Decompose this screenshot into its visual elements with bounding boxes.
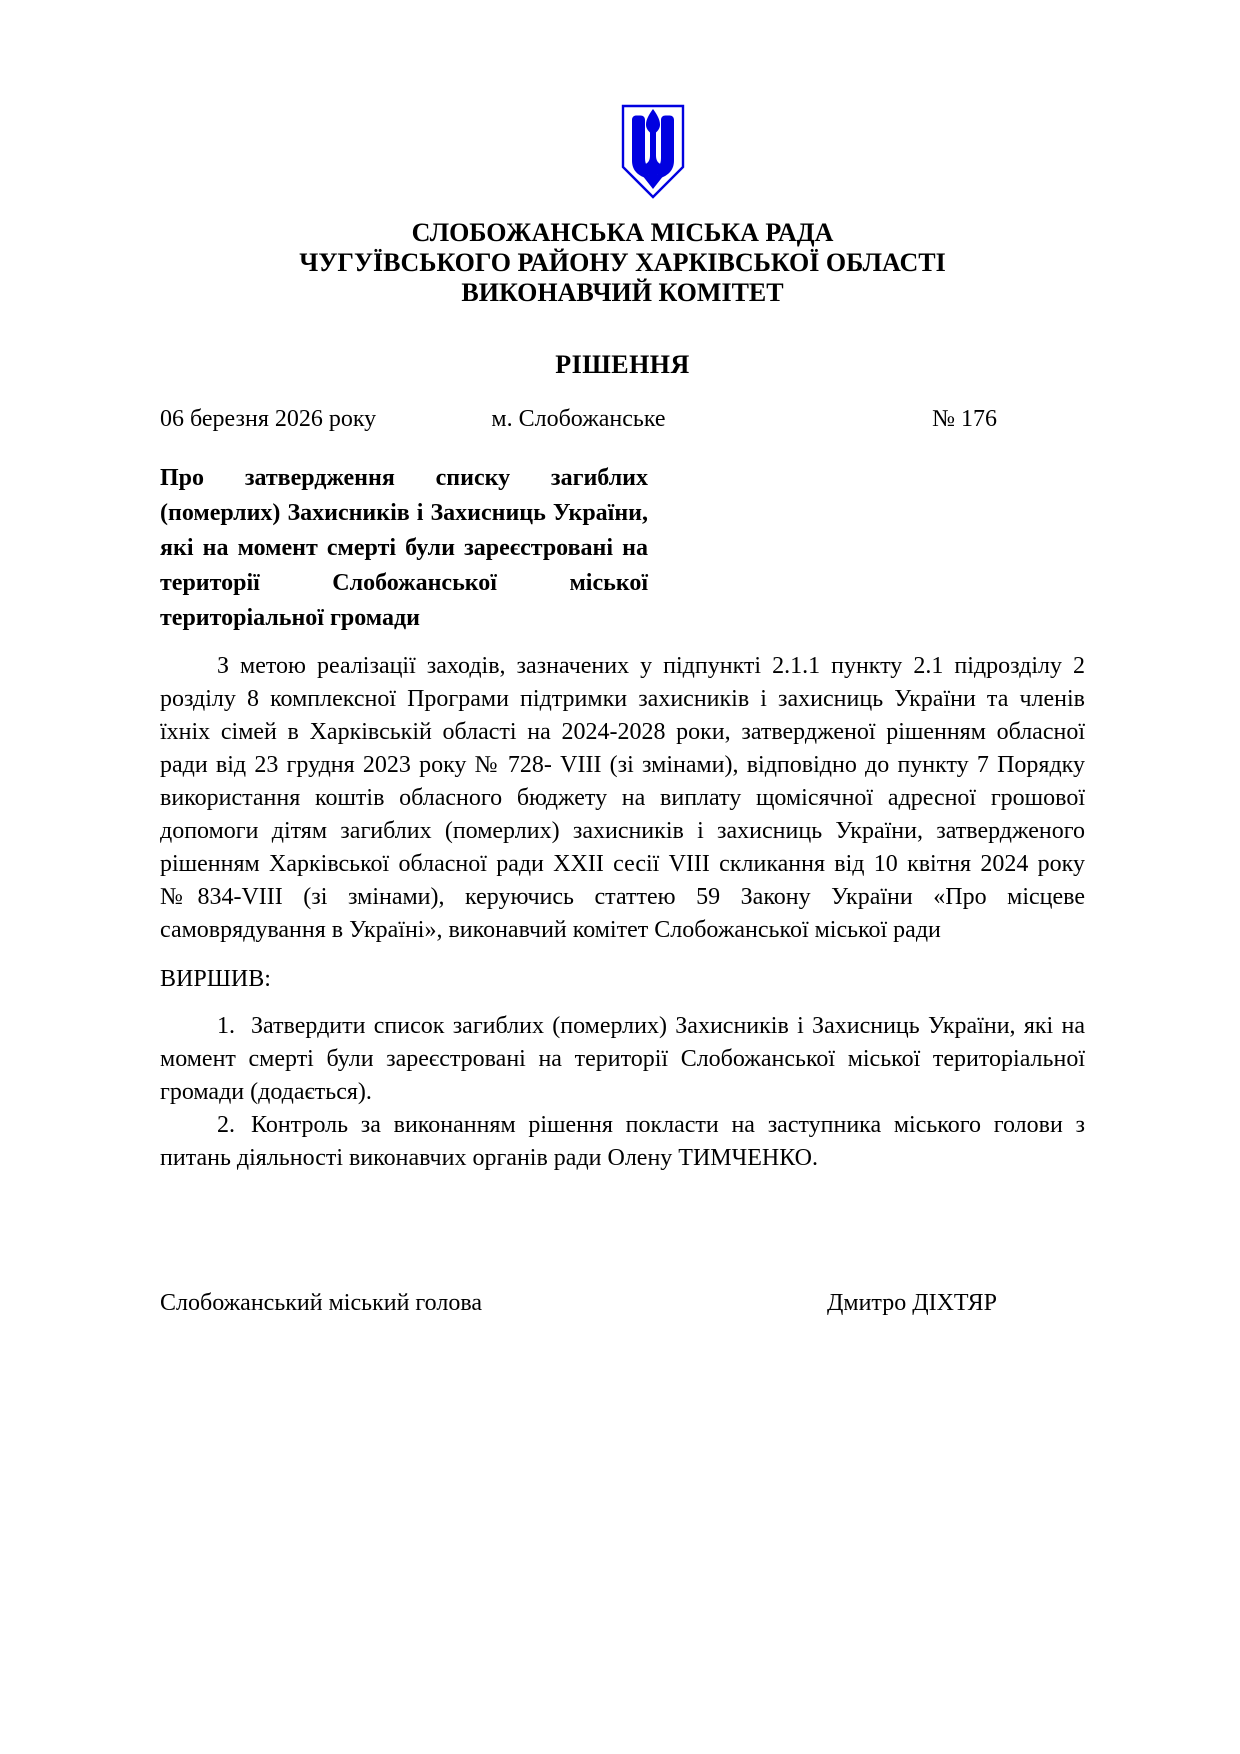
- item-1-number: 1.: [217, 1013, 235, 1039]
- header-district-name: ЧУГУЇВСЬКОГО РАЙОНУ ХАРКІВСЬКОЇ ОБЛАСТІ: [160, 248, 1085, 278]
- item-2-number: 2.: [217, 1112, 235, 1138]
- preamble-paragraph: З метою реалізації заходів, зазначених у…: [160, 650, 1085, 947]
- decision-items: 1.Затвердити список загиблих (померлих) …: [160, 1010, 1085, 1175]
- document-subject: Про затвердження списку загиблих (померл…: [160, 461, 648, 636]
- signer-position: Слобожанський міський голова: [160, 1290, 482, 1317]
- document-header: СЛОБОЖАНСЬКА МІСЬКА РАДА ЧУГУЇВСЬКОГО РА…: [160, 218, 1085, 308]
- signer-name: Дмитро ДІХТЯР: [827, 1290, 997, 1317]
- document-place: м. Слобожанське: [439, 406, 718, 433]
- resolved-label: ВИРШИВ:: [160, 963, 1085, 996]
- document-type-title: РІШЕННЯ: [160, 350, 1085, 380]
- emblem-container: [190, 103, 1115, 206]
- signature-row: Слобожанський міський голова Дмитро ДІХТ…: [160, 1290, 1085, 1317]
- ukraine-trident-emblem-icon: [619, 103, 687, 201]
- document-date: 06 березня 2026 року: [160, 406, 439, 433]
- header-committee-name: ВИКОНАВЧИЙ КОМІТЕТ: [160, 278, 1085, 308]
- header-council-name: СЛОБОЖАНСЬКА МІСЬКА РАДА: [160, 218, 1085, 248]
- item-2-text: Контроль за виконанням рішення покласти …: [160, 1112, 1085, 1171]
- document-page: СЛОБОЖАНСЬКА МІСЬКА РАДА ЧУГУЇВСЬКОГО РА…: [0, 0, 1240, 1754]
- item-1-text: Затвердити список загиблих (померлих) За…: [160, 1013, 1085, 1105]
- document-number: № 176: [718, 406, 997, 433]
- decision-item-2: 2.Контроль за виконанням рішення покласт…: [160, 1109, 1085, 1175]
- meta-row: 06 березня 2026 року м. Слобожанське № 1…: [160, 406, 1085, 433]
- decision-item-1: 1.Затвердити список загиблих (померлих) …: [160, 1010, 1085, 1109]
